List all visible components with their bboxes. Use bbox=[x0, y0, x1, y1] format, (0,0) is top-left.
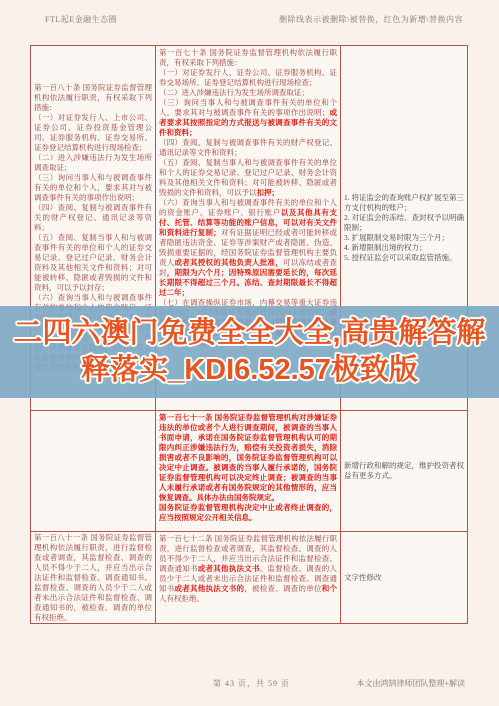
new-law-cell-article-171: 第一百七十一条 国务院证券监督管理机构对涉嫌证券违法的单位或者个人进行调查期间，… bbox=[156, 411, 341, 532]
old-law-cell-empty bbox=[31, 411, 156, 532]
new-law-text: 第一百七十一条 国务院证券监督管理机构对涉嫌证券违法的单位或者个人进行调查期间，… bbox=[159, 413, 337, 523]
note-text: 文字性修改 bbox=[344, 573, 464, 583]
note-cell-article-172: 文字性修改 bbox=[341, 532, 468, 624]
new-law-text: 第一百七十条 国务院证券监督管理机构依法履行职责，有权采取下列措施： （一）对证… bbox=[159, 48, 337, 348]
old-law-text: 第一百八十一条 国务院证券监督管理机构依法履行职责，进行监督检查或者调查，其监督… bbox=[34, 533, 152, 623]
footer-page-number: 第 43 页，共 59 页 bbox=[213, 678, 290, 689]
footer-credit: 本文由鸿鹄律师团队整理+解读 bbox=[356, 678, 465, 689]
new-law-cell-article-172: 第一百七十二条 国务院证券监督管理机构依法履行职责，进行监督检查或者调查，其监督… bbox=[156, 532, 341, 624]
new-law-text: 第一百七十二条 国务院证券监督管理机构依法履行职责，进行监督检查或者调查，其监督… bbox=[159, 534, 337, 604]
header-left-text: FTL起E金融生态圈 bbox=[45, 14, 117, 25]
header-legend-text: 删除线表示被删除\被替换，红色为新增\替换内容 bbox=[279, 14, 463, 25]
note-text: 新增行政和解的规定，维护投资者权益有更多方式。 bbox=[344, 461, 464, 481]
old-law-cell-article-181: 第一百八十一条 国务院证券监督管理机构依法履行职责，进行监督检查或者调查，其监督… bbox=[31, 532, 156, 624]
note-cell-article-171: 新增行政和解的规定，维护投资者权益有更多方式。 bbox=[341, 411, 468, 532]
note-text: 1. 将证监会的查询账户权扩展至第三方支付机构的账户； 2. 对证监会的冻结、查… bbox=[344, 193, 464, 263]
promo-overlay-title: 二四六澳门免费全全大全,高贵解答解释落实_KDI6.52.57极致版 bbox=[0, 315, 499, 389]
promo-overlay-banner: 二四六澳门免费全全大全,高贵解答解释落实_KDI6.52.57极致版 bbox=[0, 306, 499, 398]
